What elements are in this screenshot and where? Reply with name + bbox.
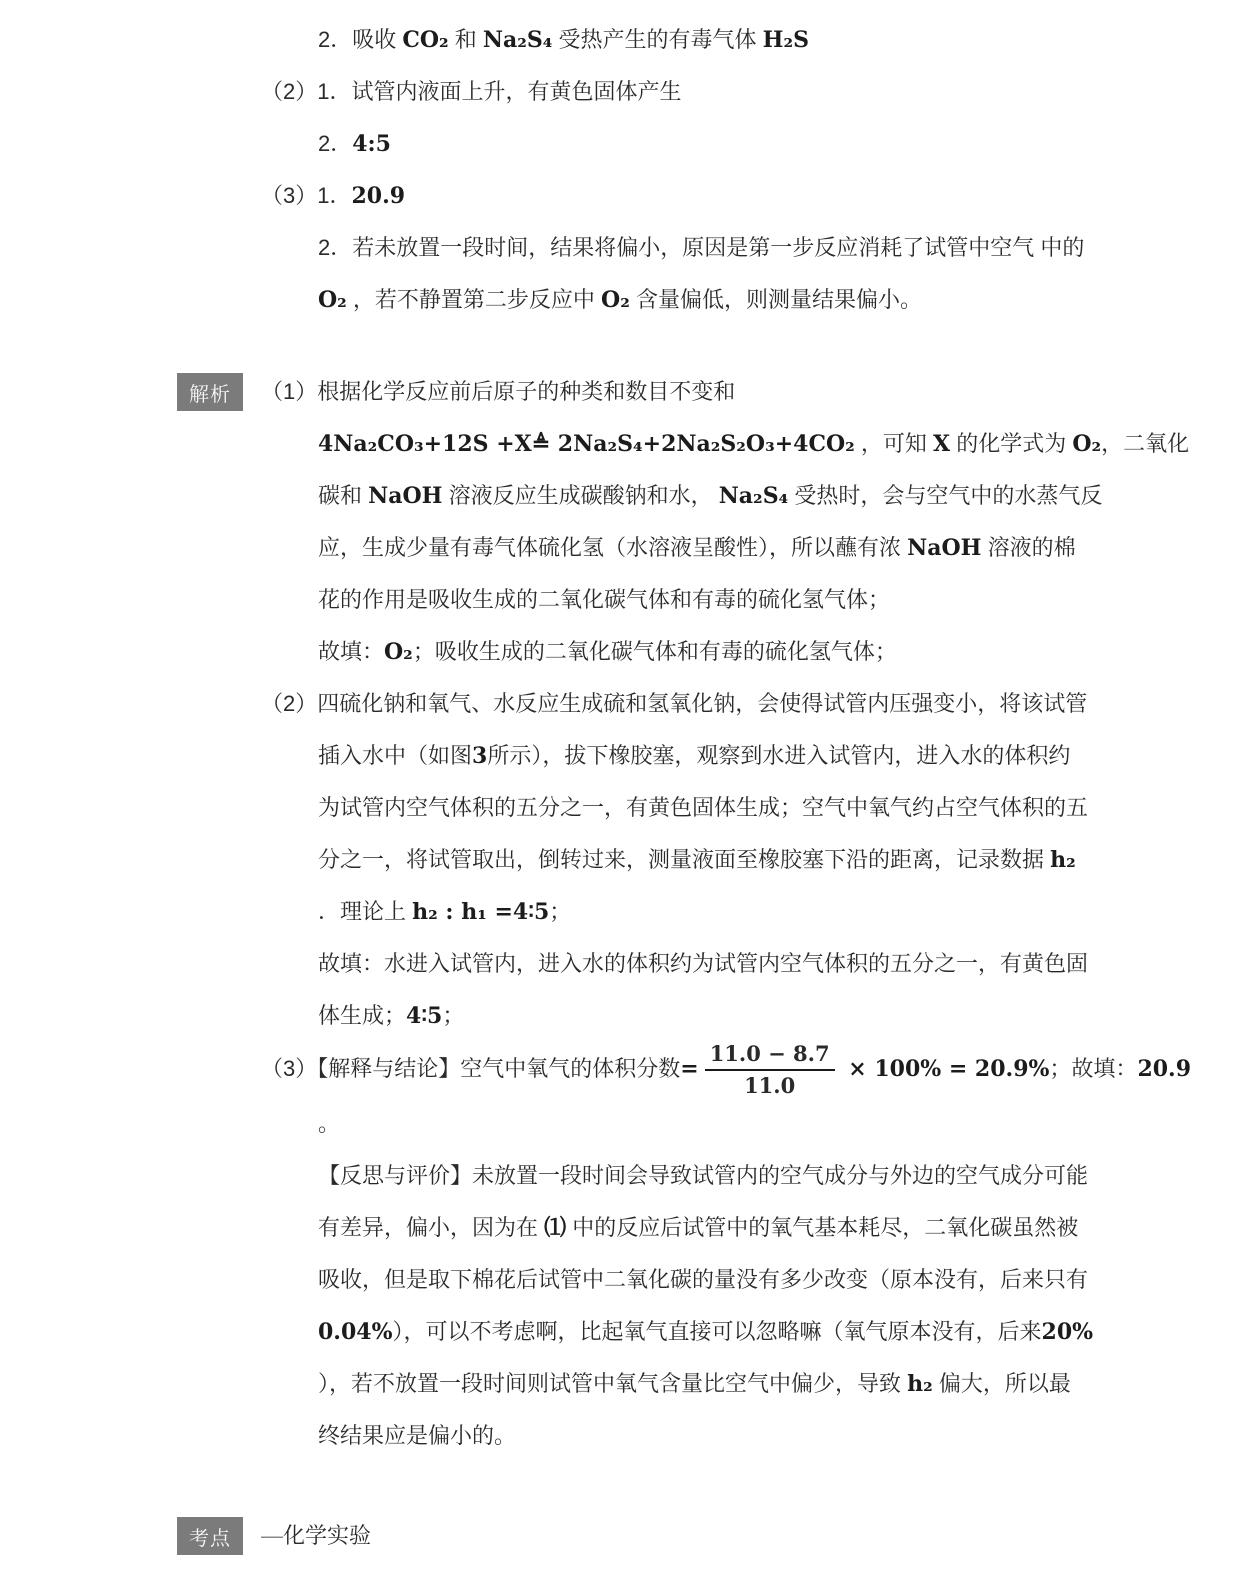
text-fragment: 中的反应后试管中的氧气基本耗尽，二氧化碳虽然被 — [566, 1215, 1078, 1240]
text-fragment: 为试管内空气体积的五分之一，有黄色固体生成；空气中氧气约占空气体积的五 — [318, 795, 1088, 820]
text-fragment: 的化学式为 — [950, 431, 1072, 456]
formula-fragment: = — [680, 1056, 698, 1082]
fraction-denominator: 11.0 — [705, 1071, 835, 1098]
text-fragment: ），若不放置一段时间则试管中氧气含量比空气中偏少，导致 — [318, 1371, 907, 1396]
text-fragment: 吸收，但是取下棉花后试管中二氧化碳的量没有多少改变（原本没有，后来只有 — [318, 1267, 1088, 1292]
text-fragment: ； — [549, 899, 571, 924]
answer-section: 2．吸收 CO₂ 和 Na₂S₄ 受热产生的有毒气体 H₂S（2）1．试管内液面… — [177, 14, 1177, 326]
formula-fragment: 0.04% — [318, 1319, 393, 1345]
text-fragment: ； — [442, 1003, 464, 1028]
text-line: 。 — [318, 1098, 1177, 1150]
formula-fragment: h₂ — [907, 1371, 933, 1397]
formula-fragment: NaOH — [907, 535, 981, 561]
text-line: 插入水中（如图3所示），拔下橡胶塞，观察到水进入试管内，进入水的体积约 — [318, 730, 1177, 782]
formula-fragment: 20% — [1042, 1319, 1094, 1345]
text-line: 故填：O₂；吸收生成的二氧化碳气体和有毒的硫化氢气体； — [318, 626, 1177, 678]
formula-fragment: h₂ — [1050, 847, 1076, 873]
text-fragment: 和 — [449, 27, 483, 52]
text-fragment: ），可以不考虑啊，比起氧气直接可以忽略嘛（氧气原本没有，后来 — [393, 1319, 1042, 1344]
text-fragment: 2．吸收 — [318, 27, 402, 52]
text-line: 吸收，但是取下棉花后试管中二氧化碳的量没有多少改变（原本没有，后来只有 — [318, 1254, 1177, 1306]
fraction-numerator: 11.0 − 8.7 — [705, 1042, 835, 1071]
text-line: 分之一，将试管取出，倒转过来，测量液面至橡胶塞下沿的距离，记录数据 h₂ — [318, 834, 1177, 886]
keypoint-label-badge: 考点 — [177, 1517, 243, 1555]
text-fragment: ，若不静置第二步反应中 — [347, 287, 601, 312]
text-line: 2．吸收 CO₂ 和 Na₂S₄ 受热产生的有毒气体 H₂S — [318, 14, 1177, 66]
formula-fragment: 4Na₂CO₃+12S +X≜ 2Na₂S₄+2Na₂S₂O₃+4CO₂ — [318, 431, 855, 457]
analysis-body: （1）根据化学反应前后原子的种类和数目不变和4Na₂CO₃+12S +X≜ 2N… — [177, 366, 1177, 1462]
text-fragment: （2）四硫化钠和氧气、水反应生成硫和氢氧化钠，会使得试管内压强变小，将该试管 — [261, 691, 1087, 716]
text-fragment: 分之一，将试管取出，倒转过来，测量液面至橡胶塞下沿的距离，记录数据 — [318, 847, 1050, 872]
formula-fragment: 3 — [472, 743, 487, 769]
text-line: 体生成；4∶5； — [318, 990, 1177, 1042]
text-fragment: （3）1． — [261, 183, 351, 208]
formula-fragment: X — [933, 431, 950, 457]
text-fragment: 花的作用是吸收生成的二氧化碳气体和有毒的硫化氢气体； — [318, 587, 890, 612]
text-fragment: 故填：水进入试管内，进入水的体积约为试管内空气体积的五分之一，有黄色固 — [318, 951, 1088, 976]
keypoint-section: 考点 —化学实验 — [177, 1510, 1177, 1562]
formula-fragment: 20.9 — [351, 183, 405, 209]
formula-fragment: Na₂S₄ — [719, 483, 789, 509]
text-line: 故填：水进入试管内，进入水的体积约为试管内空气体积的五分之一，有黄色固 — [318, 938, 1177, 990]
analysis-label-badge: 解析 — [177, 373, 243, 411]
text-fragment: 2． — [318, 131, 352, 156]
text-fragment: ，二氧化 — [1101, 431, 1189, 456]
text-line: （1）根据化学反应前后原子的种类和数目不变和 — [261, 366, 1177, 418]
document-page: 2．吸收 CO₂ 和 Na₂S₄ 受热产生的有毒气体 H₂S（2）1．试管内液面… — [0, 0, 1240, 1594]
formula-fragment: 20.9 — [1137, 1056, 1191, 1082]
formula-fragment: h₂ : h₁ =4∶5 — [412, 899, 549, 925]
formula-fragment: 4:5 — [352, 131, 391, 157]
text-line: 应，生成少量有毒气体硫化氢（水溶液呈酸性），所以蘸有浓 NaOH 溶液的棉 — [318, 522, 1177, 574]
text-fragment: 受热产生的有毒气体 — [552, 27, 762, 52]
text-line: （3）【解释与结论】空气中氧气的体积分数=11.0 − 8.711.0 × 10… — [261, 1042, 1177, 1098]
text-fragment: 插入水中（如图 — [318, 743, 472, 768]
text-fragment: 溶液反应生成碳酸钠和水， — [442, 483, 718, 508]
text-line: 为试管内空气体积的五分之一，有黄色固体生成；空气中氧气约占空气体积的五 — [318, 782, 1177, 834]
text-fragment: 。 — [318, 1111, 340, 1136]
text-fragment: 2．若未放置一段时间，结果将偏小，原因是第一步反应消耗了试管中空气 中的 — [318, 235, 1084, 260]
text-fragment: ；吸收生成的二氧化碳气体和有毒的硫化氢气体； — [413, 639, 897, 664]
text-line: 【反思与评价】未放置一段时间会导致试管内的空气成分与外边的空气成分可能 — [318, 1150, 1177, 1202]
formula-fragment: × 100% = 20.9% — [841, 1056, 1050, 1082]
keypoint-body: —化学实验 — [177, 1510, 1177, 1562]
text-fragment: 所示），拔下橡胶塞，观察到水进入试管内，进入水的体积约 — [487, 743, 1070, 768]
text-fragment: 含量偏低，则测量结果偏小。 — [630, 287, 922, 312]
formula-fragment: NaOH — [368, 483, 442, 509]
formula-fragment: O₂ — [318, 287, 347, 313]
text-line: 终结果应是偏小的。 — [318, 1410, 1177, 1462]
text-fragment: （1）根据化学反应前后原子的种类和数目不变和 — [261, 379, 735, 404]
text-fragment: 故填： — [318, 639, 384, 664]
text-fragment: 【反思与评价】未放置一段时间会导致试管内的空气成分与外边的空气成分可能 — [318, 1163, 1088, 1188]
text-fragment: 碳和 — [318, 483, 368, 508]
text-fragment: 化学实验 — [283, 1523, 371, 1548]
text-fragment: 受热时，会与空气中的水蒸气反 — [788, 483, 1102, 508]
text-fragment: ．理论上 — [318, 899, 412, 924]
text-line: 2．4:5 — [318, 118, 1177, 170]
text-line: （3）1．20.9 — [261, 170, 1177, 222]
text-fragment: （2）1．试管内液面上升，有黄色固体产生 — [261, 79, 681, 104]
formula-fragment: O₂ — [1072, 431, 1101, 457]
formula-fragment: Na₂S₄ — [483, 27, 553, 53]
formula-fragment: H₂S — [763, 27, 809, 53]
text-fragment: — — [261, 1523, 283, 1548]
text-fragment: （3）【解释与结论】空气中氧气的体积分数 — [261, 1056, 680, 1081]
text-line: 0.04%），可以不考虑啊，比起氧气直接可以忽略嘛（氧气原本没有，后来20% — [318, 1306, 1177, 1358]
text-fragment: ，可知 — [855, 431, 933, 456]
text-line: ），若不放置一段时间则试管中氧气含量比空气中偏少，导致 h₂ 偏大，所以最 — [318, 1358, 1177, 1410]
text-line: 花的作用是吸收生成的二氧化碳气体和有毒的硫化氢气体； — [318, 574, 1177, 626]
text-line: —化学实验 — [261, 1510, 1177, 1562]
text-fragment: ；故填： — [1049, 1056, 1137, 1081]
fraction: 11.0 − 8.711.0 — [705, 1042, 835, 1098]
formula-fragment: O₂ — [601, 287, 630, 313]
text-fragment: 有差异，偏小，因为在 — [318, 1215, 544, 1240]
text-line: 有差异，偏小，因为在 ⑴ 中的反应后试管中的氧气基本耗尽，二氧化碳虽然被 — [318, 1202, 1177, 1254]
text-line: （2）四硫化钠和氧气、水反应生成硫和氢氧化钠，会使得试管内压强变小，将该试管 — [261, 678, 1177, 730]
text-line: 4Na₂CO₃+12S +X≜ 2Na₂S₄+2Na₂S₂O₃+4CO₂ ，可知… — [318, 418, 1177, 470]
text-line: 2．若未放置一段时间，结果将偏小，原因是第一步反应消耗了试管中空气 中的 — [318, 222, 1177, 274]
text-fragment: 偏大，所以最 — [933, 1371, 1071, 1396]
text-line: （2）1．试管内液面上升，有黄色固体产生 — [261, 66, 1177, 118]
text-line: 碳和 NaOH 溶液反应生成碳酸钠和水， Na₂S₄ 受热时，会与空气中的水蒸气… — [318, 470, 1177, 522]
text-fragment: 溶液的棉 — [981, 535, 1075, 560]
formula-fragment: 4∶5 — [406, 1003, 442, 1029]
formula-fragment: O₂ — [384, 639, 413, 665]
text-fragment: 终结果应是偏小的。 — [318, 1423, 516, 1448]
formula-fragment: CO₂ — [402, 27, 448, 53]
text-line: ．理论上 h₂ : h₁ =4∶5； — [318, 886, 1177, 938]
text-fragment: 应，生成少量有毒气体硫化氢（水溶液呈酸性），所以蘸有浓 — [318, 535, 907, 560]
formula-fragment: ⑴ — [544, 1215, 566, 1241]
analysis-section: 解析 （1）根据化学反应前后原子的种类和数目不变和4Na₂CO₃+12S +X≜… — [177, 366, 1177, 1462]
text-fragment: 体生成； — [318, 1003, 406, 1028]
text-line: O₂ ，若不静置第二步反应中 O₂ 含量偏低，则测量结果偏小。 — [318, 274, 1177, 326]
document-content: 2．吸收 CO₂ 和 Na₂S₄ 受热产生的有毒气体 H₂S（2）1．试管内液面… — [177, 14, 1177, 1562]
